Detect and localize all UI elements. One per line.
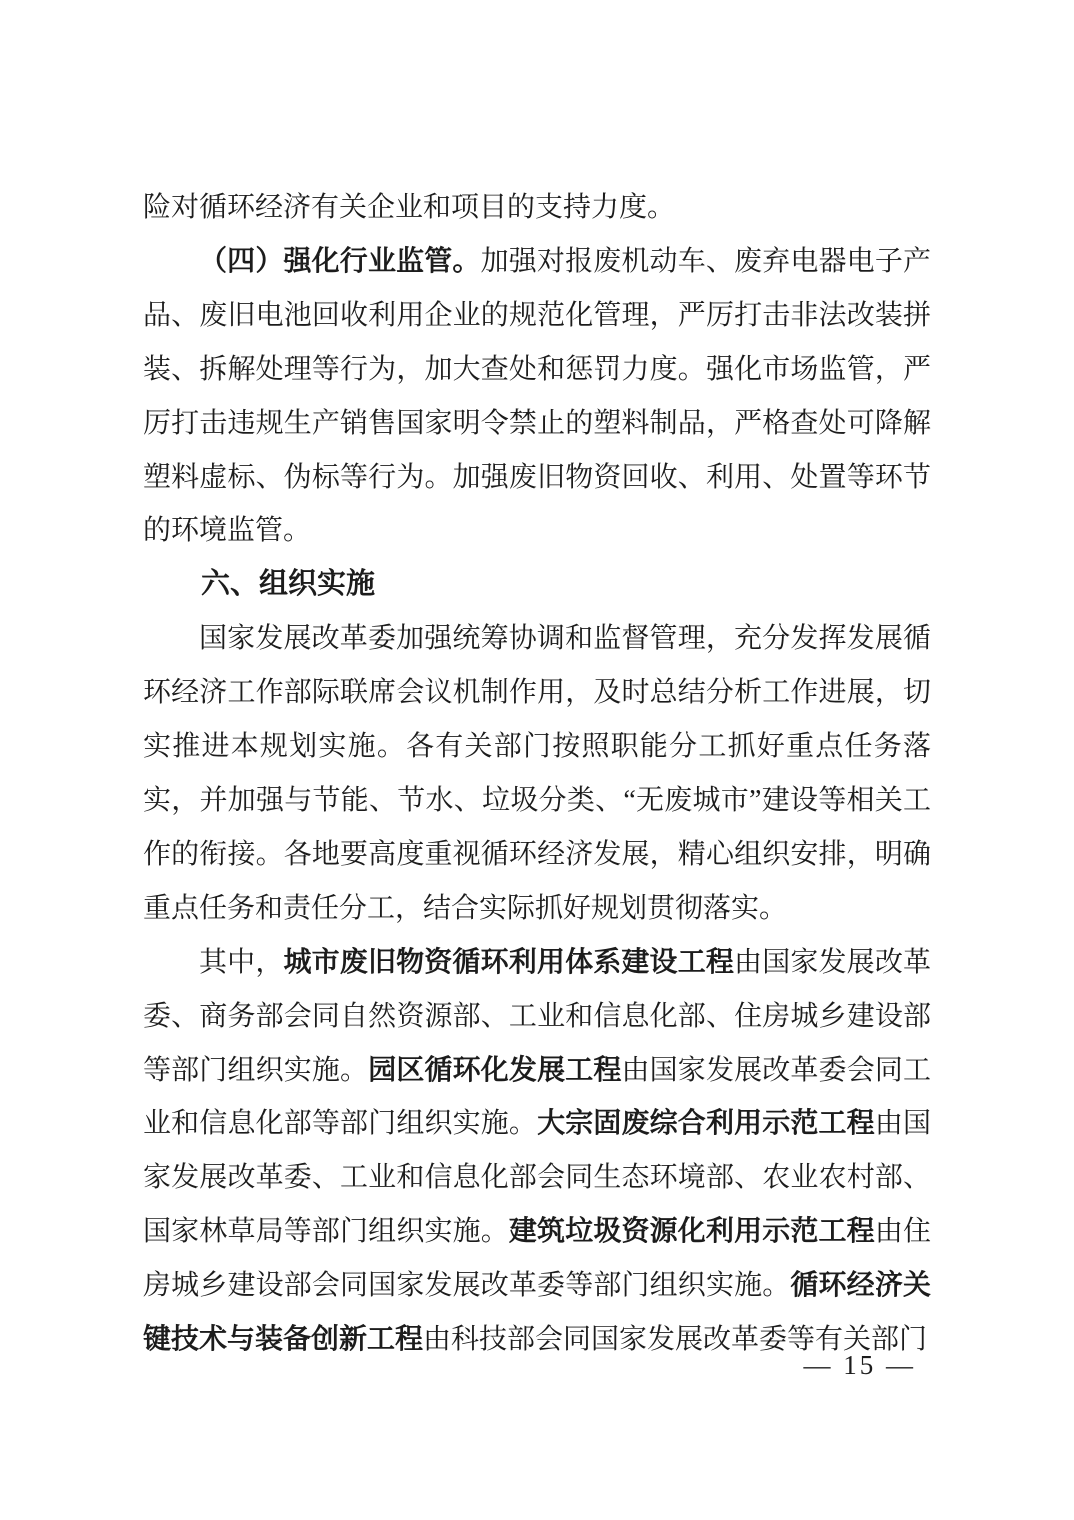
emphasis-text: 园区循环化发展工程 <box>368 1055 621 1086</box>
section-heading: 六、组织实施 <box>143 558 931 612</box>
emphasis-text: 城市废旧物资循环利用体系建设工程 <box>283 947 734 978</box>
paragraph: （四）强化行业监管。加强对报废机动车、废弃电器电子产品、废旧电池回收利用企业的规… <box>143 235 931 558</box>
emphasis-text: 六、组织实施 <box>201 568 375 600</box>
paragraph: 险对循环经济有关企业和项目的支持力度。 <box>143 181 931 235</box>
page-number: — 15 — <box>804 1350 917 1381</box>
body-text: 国家发展改革委加强统筹协调和监督管理，充分发挥发展循环经济工作部际联席会议机制作… <box>143 623 931 924</box>
emphasis-text: （四）强化行业监管。 <box>199 246 481 277</box>
document-body: 险对循环经济有关企业和项目的支持力度。（四）强化行业监管。加强对报废机动车、废弃… <box>143 181 931 1367</box>
document-page: 险对循环经济有关企业和项目的支持力度。（四）强化行业监管。加强对报废机动车、废弃… <box>0 0 1074 1520</box>
paragraph: 国家发展改革委加强统筹协调和监督管理，充分发挥发展循环经济工作部际联席会议机制作… <box>143 612 931 935</box>
body-text: 其中， <box>199 947 283 978</box>
body-text: 加强对报废机动车、废弃电器电子产品、废旧电池回收利用企业的规范化管理，严厉打击非… <box>143 246 931 547</box>
body-text: 险对循环经济有关企业和项目的支持力度。 <box>143 192 675 223</box>
emphasis-text: 建筑垃圾资源化利用示范工程 <box>509 1216 875 1247</box>
emphasis-text: 大宗固废综合利用示范工程 <box>537 1108 875 1139</box>
paragraph: 其中，城市废旧物资循环利用体系建设工程由国家发展改革委、商务部会同自然资源部、工… <box>143 936 931 1367</box>
